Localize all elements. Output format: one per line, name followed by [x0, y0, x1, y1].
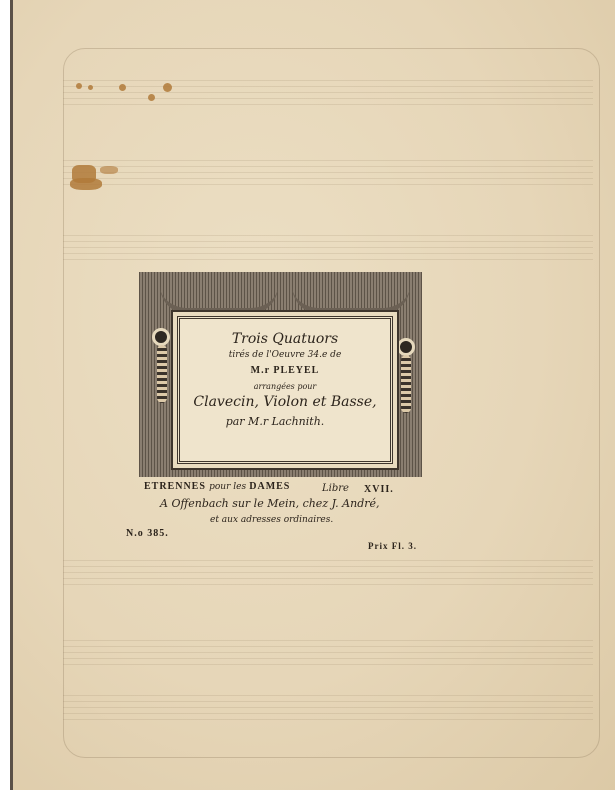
ring-ornament-left	[152, 328, 170, 346]
tassel-ornament-right	[401, 355, 411, 413]
subtitle-line: tirés de l'Oeuvre 34.e de	[180, 350, 390, 360]
bleed-through-staff	[63, 560, 593, 586]
series-title: ETRENNES pour les DAMES	[144, 481, 290, 492]
price: Prix Fl. 3.	[368, 541, 417, 551]
composer-name: M.r PLEYEL	[180, 365, 390, 376]
foxing-stain	[163, 83, 172, 92]
arrangement-note: arrangées pour	[180, 382, 390, 391]
ring-ornament-right	[397, 338, 415, 356]
series-audience: DAMES	[249, 481, 290, 492]
garland-right	[292, 286, 410, 314]
tassel-ornament-left	[157, 345, 167, 403]
title-line: Trois Quatuors	[180, 331, 390, 347]
instrumentation: Clavecin, Violon et Basse,	[180, 394, 390, 410]
arranger-name: par M.r Lachnith.	[170, 415, 380, 428]
title-panel: Trois Quatuors tirés de l'Oeuvre 34.e de…	[177, 316, 393, 464]
bleed-through-staff	[63, 80, 593, 106]
series-connector: pour les	[209, 482, 246, 492]
distribution-line: et aux adresses ordinaires.	[210, 515, 333, 525]
bleed-through-staff	[63, 235, 593, 261]
plate-number: N.o 385.	[126, 528, 169, 539]
foxing-stain	[76, 83, 82, 89]
foxing-stain	[70, 178, 102, 190]
book-number: XVII.	[364, 484, 394, 495]
publisher-line: A Offenbach sur le Mein, chez J. André,	[160, 497, 380, 510]
bleed-through-staff	[63, 640, 593, 666]
foxing-stain	[88, 85, 93, 90]
foxing-stain	[100, 166, 118, 174]
foxing-stain	[119, 84, 126, 91]
garland-left	[160, 286, 278, 314]
series-name: ETRENNES	[144, 481, 206, 492]
foxing-stain	[148, 94, 155, 101]
book-label: Libre	[322, 483, 349, 494]
bleed-through-staff	[63, 160, 593, 186]
bleed-through-staff	[63, 695, 593, 721]
